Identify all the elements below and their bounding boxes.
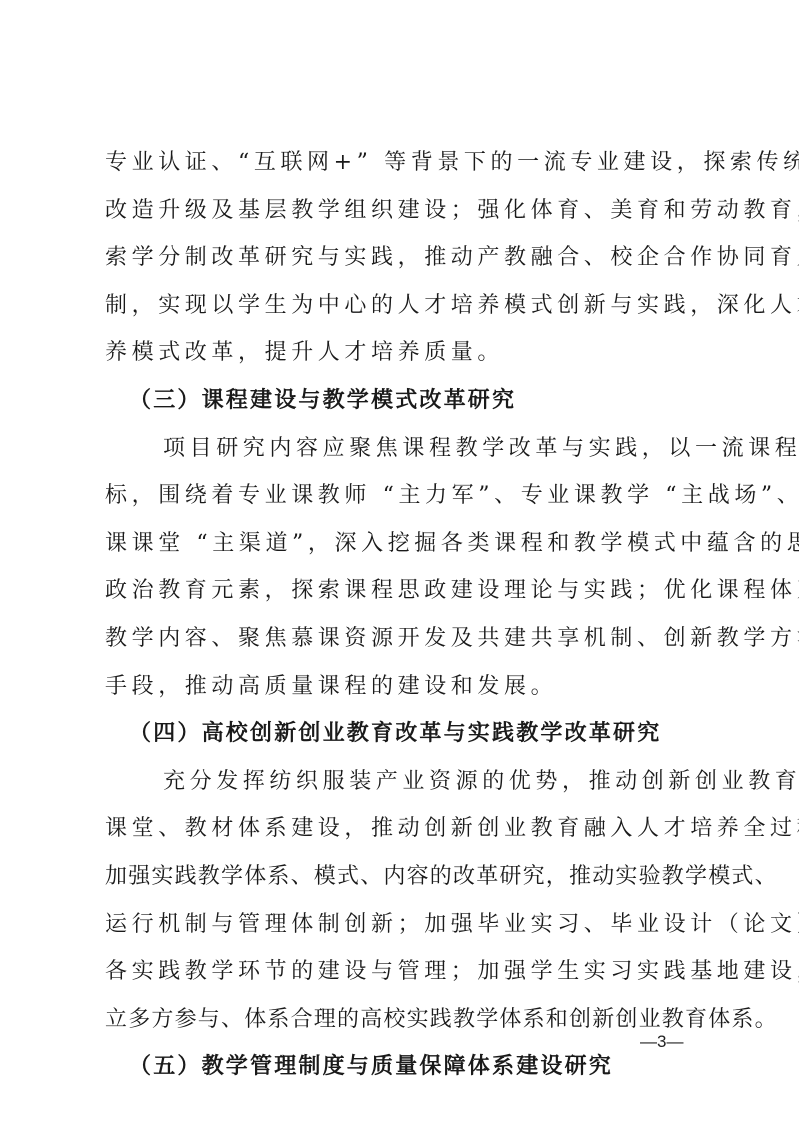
text-line: 运行机制与管理体制创新；加强毕业实习、毕业设计（论文）等 (105, 901, 705, 949)
text-line: 教学内容、聚焦慕课资源开发及共建共享机制、创新教学方法与 (105, 615, 705, 663)
page-number: —3— (640, 1032, 683, 1052)
paragraph-talent-cultivation: 专业认证、“互联网+” 等背景下的一流专业建设，探索传统专业 改造升级及基层教学… (105, 139, 705, 377)
text-line: 手段，推动高质量课程的建设和发展。 (105, 663, 705, 711)
text-line: 制，实现以学生为中心的人才培养模式创新与实践，深化人才培 (105, 282, 705, 330)
text-line: 养模式改革，提升人才培养质量。 (105, 329, 705, 377)
text-line: 改造升级及基层教学组织建设；强化体育、美育和劳动教育，探 (105, 187, 705, 235)
text-line: 立多方参与、体系合理的高校实践教学体系和创新创业教育体系。 (105, 996, 705, 1044)
paragraph-innovation-practice: 充分发挥纺织服装产业资源的优势，推动创新创业教育课程、 课堂、教材体系建设，推动… (105, 758, 705, 1044)
text-line: 课课堂 “主渠道”，深入挖掘各类课程和教学模式中蕴含的思想 (105, 520, 705, 568)
document-body: 专业认证、“互联网+” 等背景下的一流专业建设，探索传统专业 改造升级及基层教学… (105, 139, 705, 1091)
text-line: 索学分制改革研究与实践，推动产教融合、校企合作协同育人机 (105, 234, 705, 282)
section-heading-4: （四）高校创新创业教育改革与实践教学改革研究 (105, 710, 705, 758)
text-line: 各实践教学环节的建设与管理；加强学生实习实践基地建设，创 (105, 948, 705, 996)
document-page: 专业认证、“互联网+” 等背景下的一流专业建设，探索传统专业 改造升级及基层教学… (0, 0, 799, 1131)
text-line: 加强实践教学体系、模式、内容的改革研究，推动实验教学模式、 (105, 853, 705, 901)
text-line: 政治教育元素，探索课程思政建设理论与实践；优化课程体系与 (105, 567, 705, 615)
text-line: 充分发挥纺织服装产业资源的优势，推动创新创业教育课程、 (105, 758, 705, 806)
section-heading-3: （三）课程建设与教学模式改革研究 (105, 377, 705, 425)
section-heading-5: （五）教学管理制度与质量保障体系建设研究 (105, 1043, 705, 1091)
text-line: 专业认证、“互联网+” 等背景下的一流专业建设，探索传统专业 (105, 139, 705, 187)
text-line: 标，围绕着专业课教师 “主力军”、专业课教学 “主战场”、专业 (105, 472, 705, 520)
text-line: 课堂、教材体系建设，推动创新创业教育融入人才培养全过程； (105, 805, 705, 853)
paragraph-course-construction: 项目研究内容应聚焦课程教学改革与实践，以一流课程为目 标，围绕着专业课教师 “主… (105, 425, 705, 711)
text-line: 项目研究内容应聚焦课程教学改革与实践，以一流课程为目 (105, 425, 705, 473)
